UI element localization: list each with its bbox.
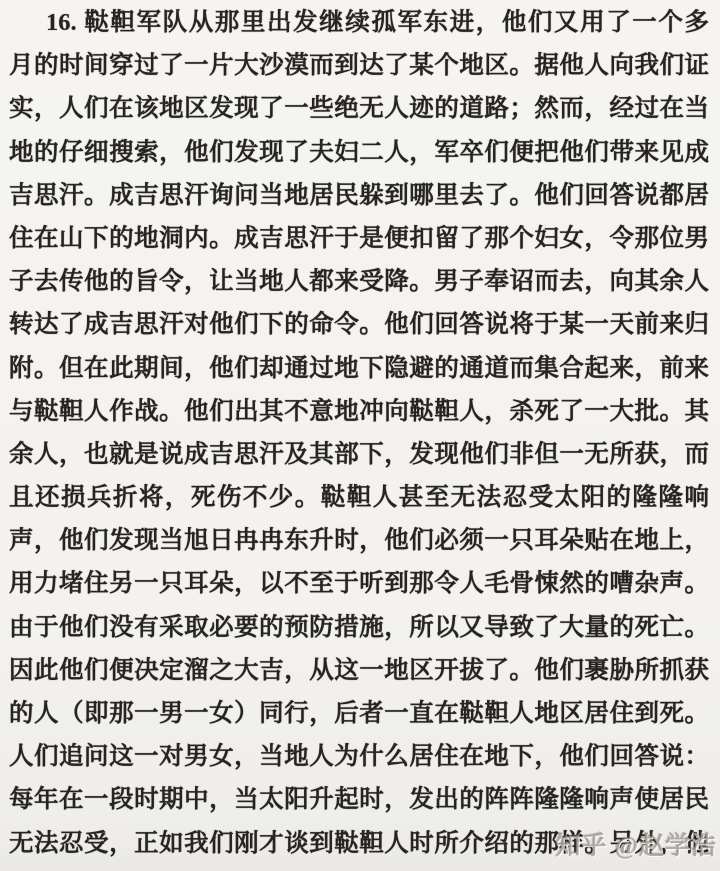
text-line: 附。但在此期间，他们却通过地下隐避的通道而集合起来，前来: [9, 347, 709, 390]
text-line: 住在山下的地洞内。成吉思汗于是便扣留了那个妇女，令那位男: [9, 217, 709, 260]
text-line: 每年在一段时期中，当太阳升起时，发出的阵阵隆隆响声使居民: [9, 778, 709, 821]
scanned-book-page: 16. 鞑靼军队从那里出发继续孤军东进，他们又用了一个多 月的时间穿过了一片大沙…: [0, 0, 720, 871]
text-line: 实，人们在该地区发现了一些绝无人迹的道路；然而，经过在当: [9, 87, 709, 130]
text-line: 地的仔细搜索，他们发现了夫妇二人，军卒们便把他们带来见成: [9, 131, 709, 174]
text-line: 转达了成吉思汗对他们下的命令。他们回答说将于某一天前来归: [9, 303, 709, 346]
text-line: 子去传他的旨令，让当地人都来受降。男子奉诏而去，向其余人: [9, 260, 709, 303]
text-line: 用力堵住另一只耳朵，以不至于听到那令人毛骨悚然的嘈杂声。: [9, 562, 709, 605]
text-line: 与鞑靼人作战。他们出其不意地冲向鞑靼人，杀死了一大批。其: [9, 390, 709, 433]
text-line: 的人（即那一男一女）同行，后者一直在鞑靼人地区居住到死。: [9, 692, 709, 735]
text-line: 声，他们发现当旭日冉冉东升时，他们必须一只耳朵贴在地上，: [9, 519, 709, 562]
text-line: 月的时间穿过了一片大沙漠而到达了某个地区。据他人向我们证: [9, 44, 709, 87]
text-line: 16. 鞑靼军队从那里出发继续孤军东进，他们又用了一个多: [9, 1, 709, 44]
text-line: 由于他们没有采取必要的预防措施，所以又导致了大量的死亡。: [9, 606, 709, 649]
text-line: 吉思汗。成吉思汗询问当地居民躲到哪里去了。他们回答说都居: [9, 174, 709, 217]
text-line: 因此他们便决定溜之大吉，从这一地区开拔了。他们裹胁所抓获: [9, 649, 709, 692]
text-line: 人们追问这一对男女，当地人为什么居住在地下，他们回答说：: [9, 735, 709, 778]
zhihu-watermark: 知乎 @赵学浩: [555, 826, 717, 862]
text-line: 且还损兵折将，死伤不少。鞑靼人甚至无法忍受太阳的隆隆响: [9, 476, 709, 519]
text-line: 余人，也就是说成吉思汗及其部下，发现他们非但一无所获，而: [9, 433, 709, 476]
paragraph-16: 16. 鞑靼军队从那里出发继续孤军东进，他们又用了一个多 月的时间穿过了一片大沙…: [0, 0, 720, 865]
